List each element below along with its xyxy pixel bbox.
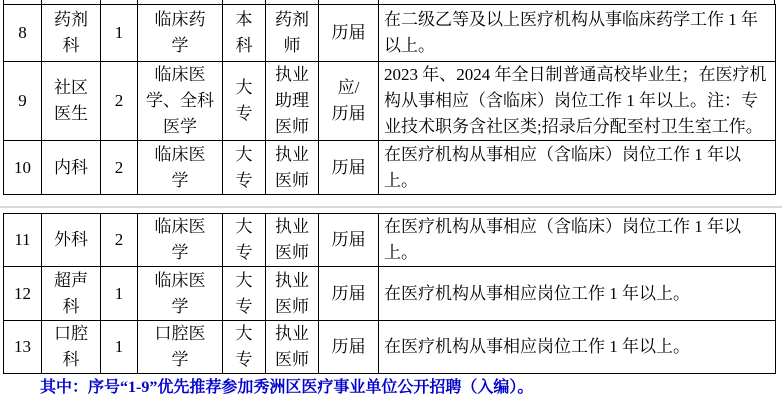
cell-openings: 1 — [101, 321, 138, 374]
cell-title: 执业 医师 — [266, 267, 319, 321]
cell-grad-type: 历届 — [319, 5, 379, 62]
cell-seq-no: 12 — [4, 267, 42, 321]
cell-major: 临床医 学 — [138, 214, 223, 267]
cell-major: 临床医 学、全科 医学 — [138, 62, 223, 141]
table-row: 13 口腔 科 1 口腔医 学 大 专 执业 医师 历届 在医疗机构从事相应岗位… — [4, 321, 776, 374]
cell-major: 口腔医 学 — [138, 321, 223, 374]
cell-grad-type: 历届 — [319, 267, 379, 321]
positions-table-upper: 8 药剂 科 1 临床药 学 本 科 药剂 师 历届 在二级乙等及以上医疗机构从… — [3, 4, 776, 195]
cell-title: 执业 助理 医师 — [266, 62, 319, 141]
cell-title: 执业 医师 — [266, 141, 319, 195]
cell-grad-type: 应/ 历届 — [319, 62, 379, 141]
cell-grad-type: 历届 — [319, 321, 379, 374]
cell-seq-no: 13 — [4, 321, 42, 374]
table-row: 10 内科 2 临床医 学 大 专 执业 医师 历届 在医疗机构从事相应（含临床… — [4, 141, 776, 195]
cell-requirements: 在二级乙等及以上医疗机构从事临床药学工作 1 年以上。 — [379, 5, 776, 62]
cell-grad-type: 历届 — [319, 141, 379, 195]
cell-education: 大 专 — [223, 214, 266, 267]
cell-seq-no: 11 — [4, 214, 42, 267]
cell-major: 临床药 学 — [138, 5, 223, 62]
cell-openings: 2 — [101, 141, 138, 195]
table-row: 11 外科 2 临床医 学 大 专 执业 医师 历届 在医疗机构从事相应（含临床… — [4, 214, 776, 267]
document-page: 8 药剂 科 1 临床药 学 本 科 药剂 师 历届 在二级乙等及以上医疗机构从… — [0, 0, 782, 402]
cell-education: 大 专 — [223, 267, 266, 321]
cell-major: 临床医 学 — [138, 267, 223, 321]
cell-education: 大 专 — [223, 141, 266, 195]
cell-requirements: 在医疗机构从事相应（含临床）岗位工作 1 年以上。 — [379, 141, 776, 195]
cell-major: 临床医 学 — [138, 141, 223, 195]
cell-education: 本 科 — [223, 5, 266, 62]
cell-title: 药剂 师 — [266, 5, 319, 62]
table-row: 8 药剂 科 1 临床药 学 本 科 药剂 师 历届 在二级乙等及以上医疗机构从… — [4, 5, 776, 62]
cell-department: 超声 科 — [42, 267, 101, 321]
table-row: 9 社区 医生 2 临床医 学、全科 医学 大 专 执业 助理 医师 应/ 历届… — [4, 62, 776, 141]
cell-education: 大 专 — [223, 321, 266, 374]
cell-openings: 1 — [101, 5, 138, 62]
cell-title: 执业 医师 — [266, 214, 319, 267]
cell-department: 口腔 科 — [42, 321, 101, 374]
footer-priority-note: 其中：序号“1-9”优先推荐参加秀洲区医疗事业单位公开招聘（入编）。 — [40, 377, 770, 398]
cell-seq-no: 10 — [4, 141, 42, 195]
cell-requirements: 在医疗机构从事相应岗位工作 1 年以上。 — [379, 267, 776, 321]
cell-requirements: 在医疗机构从事相应（含临床）岗位工作 1 年以上。 — [379, 214, 776, 267]
page-break-divider — [0, 206, 782, 208]
cell-department: 外科 — [42, 214, 101, 267]
cell-department: 社区 医生 — [42, 62, 101, 141]
cell-department: 内科 — [42, 141, 101, 195]
cell-seq-no: 8 — [4, 5, 42, 62]
cell-title: 执业 医师 — [266, 321, 319, 374]
cell-seq-no: 9 — [4, 62, 42, 141]
cell-department: 药剂 科 — [42, 5, 101, 62]
cell-openings: 2 — [101, 214, 138, 267]
cell-requirements: 在医疗机构从事相应岗位工作 1 年以上。 — [379, 321, 776, 374]
cell-grad-type: 历届 — [319, 214, 379, 267]
cell-education: 大 专 — [223, 62, 266, 141]
cell-openings: 2 — [101, 62, 138, 141]
cell-requirements: 2023 年、2024 年全日制普通高校毕业生；在医疗机构从事相应（含临床）岗位… — [379, 62, 776, 141]
table-row: 12 超声 科 1 临床医 学 大 专 执业 医师 历届 在医疗机构从事相应岗位… — [4, 267, 776, 321]
cell-openings: 1 — [101, 267, 138, 321]
positions-table-lower: 11 外科 2 临床医 学 大 专 执业 医师 历届 在医疗机构从事相应（含临床… — [3, 213, 776, 374]
